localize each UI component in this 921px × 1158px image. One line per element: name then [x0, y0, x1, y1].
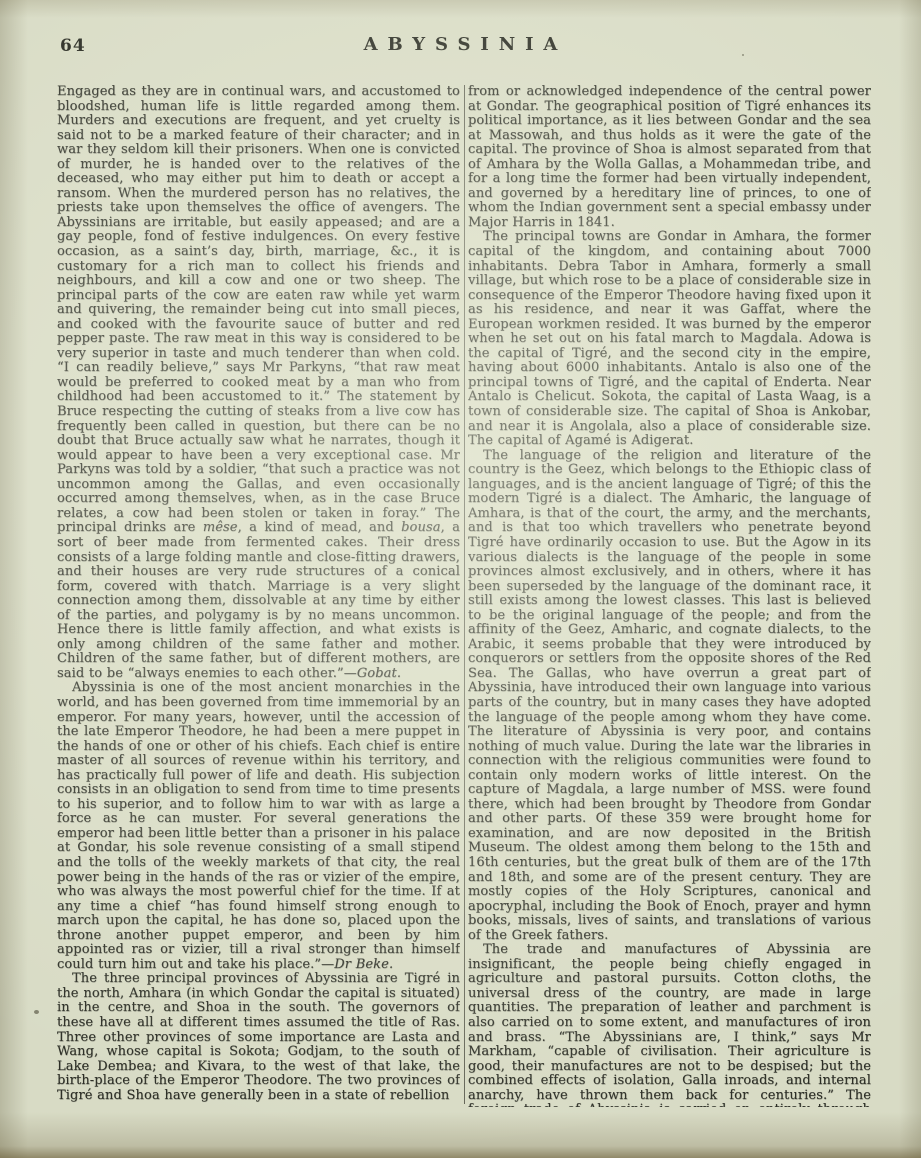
- italic-text: bousa: [401, 520, 440, 535]
- italic-text: Dr Beke.: [334, 957, 393, 972]
- paragraph: The trade and manufactures of Abyssinia …: [468, 943, 871, 1107]
- paragraph: The language of the religion and literat…: [468, 449, 871, 944]
- page-header: 64 ABYSSINIA: [0, 34, 921, 68]
- paragraph: The three principal provinces of Abyssin…: [57, 972, 460, 1103]
- italic-text: mêse: [203, 520, 238, 535]
- italic-text: Gobat.: [357, 666, 401, 681]
- book-page: 64 ABYSSINIA Engaged as they are in cont…: [0, 0, 921, 1158]
- page-title: ABYSSINIA: [0, 34, 921, 55]
- paragraph: Abyssinia is one of the most ancient mon…: [57, 681, 460, 972]
- paper-speck: [34, 1010, 39, 1014]
- right-column: from or acknowledged independence of the…: [468, 85, 871, 1107]
- text-columns: Engaged as they are in continual wars, a…: [57, 85, 871, 1107]
- paragraph: The principal towns are Gondar in Amhara…: [468, 230, 871, 448]
- column-divider-rule: [464, 85, 465, 1104]
- page-number: 64: [60, 36, 86, 56]
- left-column: Engaged as they are in continual wars, a…: [57, 85, 460, 1107]
- paragraph: Engaged as they are in continual wars, a…: [57, 85, 460, 681]
- paragraph: from or acknowledged independence of the…: [468, 85, 871, 230]
